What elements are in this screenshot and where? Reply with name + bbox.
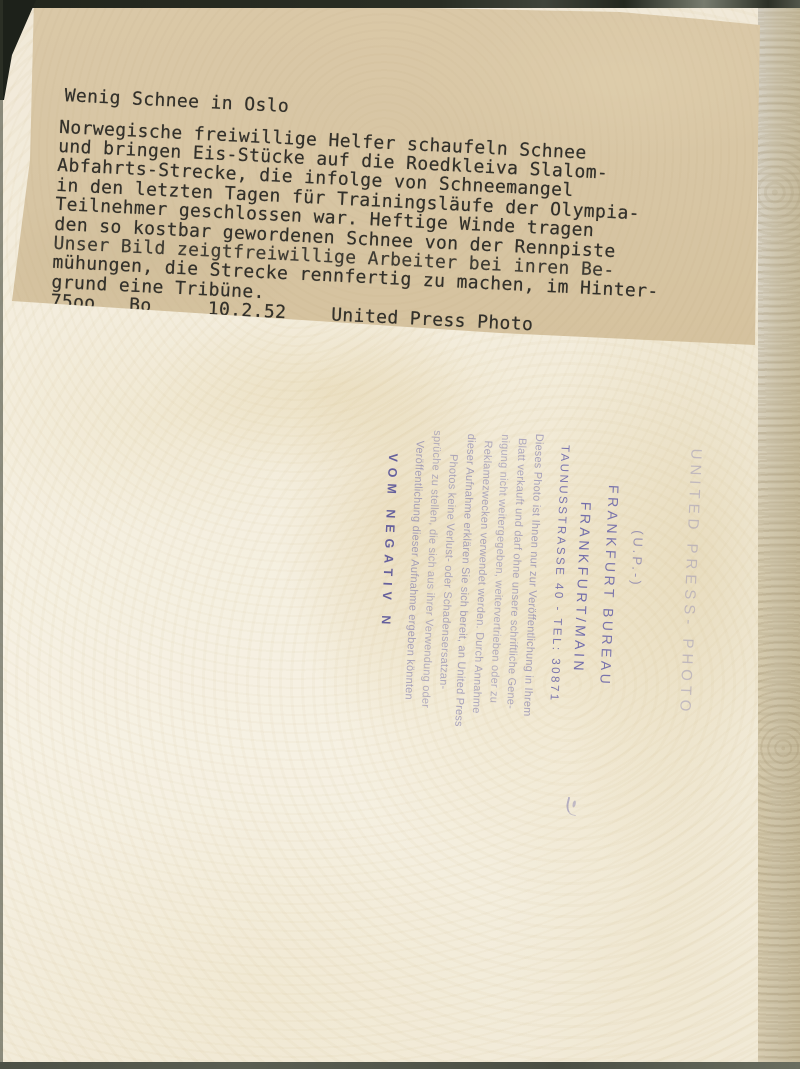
paper-top-edge [0, 0, 800, 8]
paper-left-edge [0, 0, 3, 1069]
caption-slip: Wenig Schnee in OsloNorwegische freiwill… [0, 0, 800, 360]
typewritten-caption: Wenig Schnee in OsloNorwegische freiwill… [49, 28, 670, 360]
photo-back-scan: Wenig Schnee in OsloNorwegische freiwill… [0, 0, 800, 1069]
agency-stamp: UNITED PRESS- PHOTO(U.P.-)FRANKFURT BURE… [366, 427, 706, 839]
stamp-line: UNITED PRESS- PHOTO [669, 440, 706, 838]
paper-right-edge [758, 0, 800, 1069]
paper-bottom-edge [0, 1062, 800, 1069]
